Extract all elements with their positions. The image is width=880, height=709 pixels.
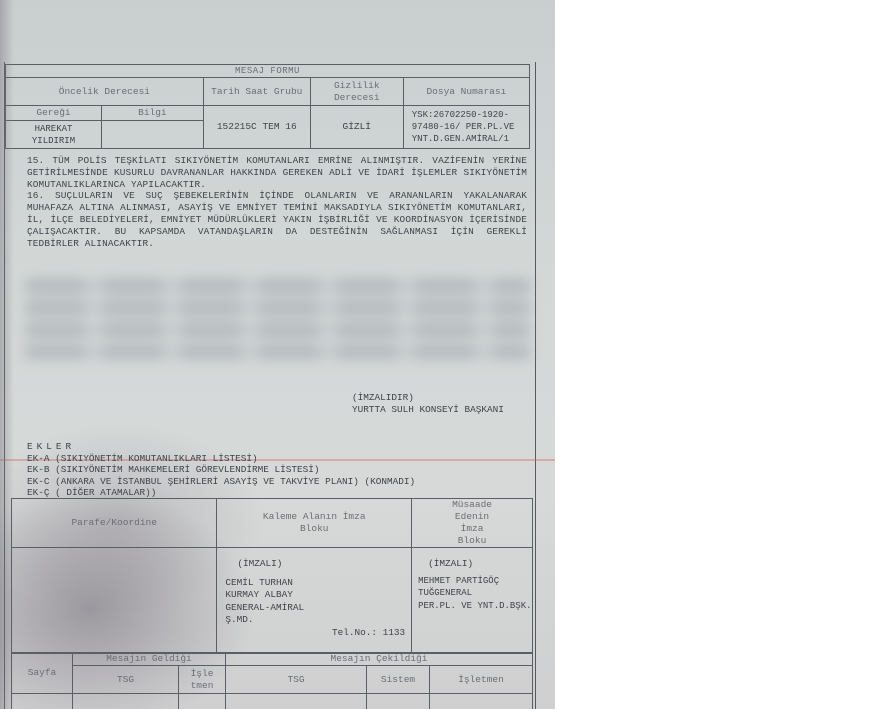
geldigi-tsg-header: TSG: [73, 666, 179, 694]
parafe-header: Parafe/Koordine: [12, 499, 217, 548]
bilgi-value: [102, 121, 204, 149]
kaleme-signature: (İMZALI) CEMİL TURHAN KURMAY ALBAY GENER…: [217, 548, 412, 654]
sistem-cell: [367, 694, 430, 709]
parafe-cell: [12, 548, 217, 654]
bilgi-header: Bilgi: [102, 106, 204, 121]
attachment-item: EK-A (SIKIYÖNETİM KOMUTANLIKLARI LİSTESİ…: [27, 453, 415, 465]
kaleme-line: Ş.MD.: [225, 614, 411, 627]
gizlilik-header: Gizlilik Derecesi: [310, 78, 403, 106]
musaade-header-text: Müsaade Edenin İmza Bloku: [452, 499, 492, 546]
musaade-header: Müsaade Edenin İmza Bloku: [412, 499, 533, 548]
kaleme-line: KURMAY ALBAY: [225, 589, 411, 602]
musaade-line: TUĞGENERAL: [418, 587, 532, 600]
sistem-header: Sistem: [367, 666, 430, 694]
message-routing-table: Sayfa Mesajın Geldiği Mesajın Çekildiği …: [11, 652, 533, 709]
signature-status: (İMZALIDIR): [352, 392, 504, 404]
musaade-signature: (İMZALI) MEHMET PARTİGÖÇ TUĞGENERAL PER.…: [412, 548, 533, 654]
kaleme-header: Kaleme Alanın İmza Bloku: [217, 499, 412, 548]
dosya-header: Dosya Numarası: [403, 78, 529, 106]
paragraph-15: 15. TÜM POLİS TEŞKİLATI SIKIYÖNETİM KOMU…: [27, 155, 527, 190]
kaleme-header-text: Kaleme Alanın İmza Bloku: [263, 511, 366, 534]
isletmen-header: İşletmen: [430, 666, 533, 694]
redacted-text: [25, 270, 530, 370]
geldigi-tsg-cell: [73, 694, 179, 709]
cekildigi-tsg-header: TSG: [226, 666, 367, 694]
kaleme-tel: Tel.No.: 1133: [225, 627, 411, 640]
geldigi-header: Mesajın Geldiği: [73, 653, 226, 666]
kaleme-line: GENERAL-AMİRAL: [225, 602, 411, 615]
geldigi-isletmen-cell: [179, 694, 226, 709]
cekildigi-header: Mesajın Çekildiği: [226, 653, 533, 666]
isletmen-cell: [430, 694, 533, 709]
sayfa-header: Sayfa: [12, 653, 73, 694]
document-photo: MESAJ FORMU Öncelik Derecesi Tarih Saat …: [0, 0, 555, 709]
message-form-header: MESAJ FORMU Öncelik Derecesi Tarih Saat …: [5, 64, 530, 149]
attachment-item: EK-C (ANKARA VE İSTANBUL ŞEHİRLERİ ASAYİ…: [27, 476, 415, 488]
council-signature: (İMZALIDIR) YURTTA SULH KONSEYİ BAŞKANI: [352, 392, 504, 416]
kaleme-line: CEMİL TURHAN: [225, 577, 411, 590]
attachments-title: EKLER: [27, 441, 415, 453]
dosya-value: YSK:26702250-1920- 97480-16/ PER.PL.VE Y…: [403, 106, 529, 149]
dosya-line: 97480-16/ PER.PL.VE: [412, 121, 529, 133]
signature-blocks: Parafe/Koordine Kaleme Alanın İmza Bloku…: [11, 498, 533, 654]
gizlilik-value: GİZLİ: [310, 106, 403, 149]
message-body: 15. TÜM POLİS TEŞKİLATI SIKIYÖNETİM KOMU…: [27, 155, 527, 249]
dosya-line: YNT.D.GEN.AMİRAL/1: [412, 133, 529, 145]
signature-title: YURTTA SULH KONSEYİ BAŞKANI: [352, 404, 504, 416]
geregi-header: Gereği: [6, 106, 102, 121]
form-title: MESAJ FORMU: [6, 65, 530, 78]
attachments: EKLER EK-A (SIKIYÖNETİM KOMUTANLIKLARI L…: [27, 441, 415, 499]
cekildigi-tsg-cell: [226, 694, 367, 709]
musaade-line: PER.PL. VE YNT.D.BŞK.: [418, 600, 532, 613]
attachment-item: EK-B (SIKIYÖNETİM MAHKEMELERİ GÖREVLENDİ…: [27, 464, 415, 476]
geldigi-isletmen-header: İşle tmen: [179, 666, 226, 694]
paragraph-16: 16. SUÇLULARIN VE SUÇ ŞEBEKELERİNİN İÇİN…: [27, 190, 527, 249]
sayfa-cell: [12, 694, 73, 709]
musaade-status: (İMZALI): [418, 558, 532, 571]
tarih-value: 152215C TEM 16: [203, 106, 310, 149]
kaleme-status: (İMZALI): [225, 558, 411, 571]
oncelik-header: Öncelik Derecesi: [6, 78, 204, 106]
geregi-value: HAREKAT YILDIRIM: [6, 121, 102, 149]
tarih-header: Tarih Saat Grubu: [203, 78, 310, 106]
dosya-line: YSK:26702250-1920-: [412, 109, 529, 121]
musaade-line: MEHMET PARTİGÖÇ: [418, 575, 532, 588]
